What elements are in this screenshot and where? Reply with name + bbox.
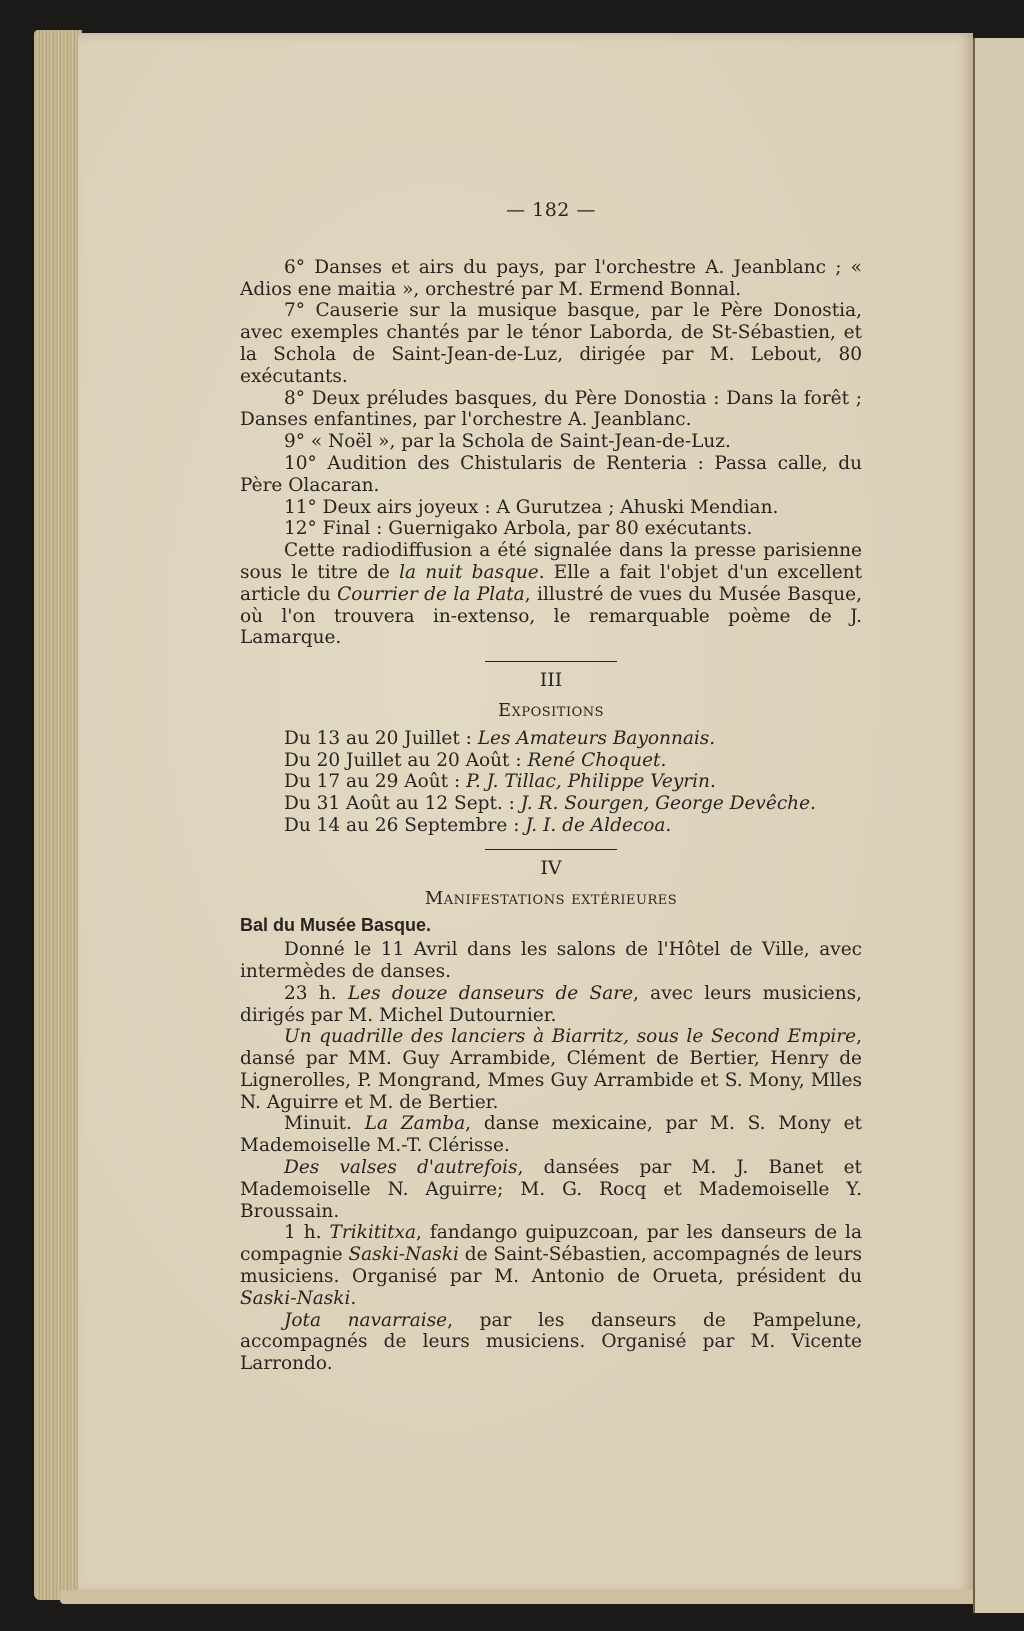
exhibit-item: Du 14 au 26 Septembre : J. I. de Aldecoa… [240, 815, 862, 837]
exhibit-dates: Du 13 au 20 Juillet : [284, 728, 478, 749]
facing-page-edge [973, 38, 1024, 1613]
page-number: — 182 — [240, 200, 862, 222]
text-run: Minuit. [284, 1113, 365, 1134]
exhibit-item: Du 13 au 20 Juillet : Les Amateurs Bayon… [240, 728, 862, 750]
page-text: — 182 — 6° Danses et airs du pays, par l… [240, 200, 862, 1375]
section-divider [485, 849, 617, 850]
italic-title: Courrier de la Plata [337, 584, 525, 605]
exhibit-artist: Les Amateurs Bayonnais. [478, 728, 715, 749]
bal-paragraph-4: Minuit. La Zamba, danse mexicaine, par M… [240, 1113, 862, 1157]
radio-note-paragraph: Cette radiodiffusion a été signalée dans… [240, 540, 862, 649]
exhibit-item: Du 31 Août au 12 Sept. : J. R. Sourgen, … [240, 793, 862, 815]
italic-title: la nuit basque [399, 562, 539, 583]
exhibit-item: Du 17 au 29 Août : P. J. Tillac, Philipp… [240, 771, 862, 793]
bal-paragraph-2: 23 h. Les douze danseurs de Sare, avec l… [240, 983, 862, 1027]
program-item-10: 10° Audition des Chistularis de Renteria… [240, 453, 862, 497]
italic-title: Trikititxa [330, 1222, 416, 1243]
italic-title: Des valses d'autrefois [284, 1157, 518, 1178]
subheading-bal: Bal du Musée Basque. [240, 915, 862, 937]
italic-title: La Zamba [365, 1113, 465, 1134]
exhibit-item: Du 20 Juillet au 20 Août : René Choquet. [240, 750, 862, 772]
bal-paragraph-7: Jota navarraise, par les danseurs de Pam… [240, 1310, 862, 1375]
page-bottom-edge [60, 1590, 980, 1604]
bal-paragraph-1: Donné le 11 Avril dans les salons de l'H… [240, 939, 862, 983]
section-title-manifestations: Manifestations extérieures [240, 888, 862, 910]
program-item-6: 6° Danses et airs du pays, par l'orchest… [240, 257, 862, 301]
bal-paragraph-3: Un quadrille des lanciers à Biarritz, so… [240, 1026, 862, 1113]
exhibit-artist: René Choquet. [527, 750, 666, 771]
section-number-iii: III [240, 670, 862, 692]
italic-title: Saski-Naski [240, 1288, 350, 1309]
exhibit-artist: J. R. Sourgen, George Devêche. [521, 793, 816, 814]
italic-title: Saski-Naski [348, 1244, 458, 1265]
exhibit-artist: P. J. Tillac, Philippe Veyrin. [466, 771, 716, 792]
program-item-7: 7° Causerie sur la musique basque, par l… [240, 300, 862, 387]
text-run: 1 h. [284, 1222, 330, 1243]
italic-title: Un quadrille des lanciers à Biarritz, so… [284, 1026, 856, 1047]
section-divider [485, 661, 617, 662]
program-item-9: 9° « Noël », par la Schola de Saint-Jean… [240, 431, 862, 453]
text-run: 23 h. [284, 983, 348, 1004]
page-stack-edges [34, 30, 82, 1600]
bal-paragraph-5: Des valses d'autrefois, dansées par M. J… [240, 1157, 862, 1222]
exhibit-dates: Du 20 Juillet au 20 Août : [284, 750, 527, 771]
exhibit-dates: Du 17 au 29 Août : [284, 771, 466, 792]
exhibit-dates: Du 31 Août au 12 Sept. : [284, 793, 521, 814]
italic-title: Les douze danseurs de Sare [348, 983, 633, 1004]
bal-paragraph-6: 1 h. Trikititxa, fandango guipuzcoan, pa… [240, 1222, 862, 1309]
section-title-expositions: Expositions [240, 700, 862, 722]
program-item-12: 12° Final : Guernigako Arbola, par 80 ex… [240, 518, 862, 540]
exhibit-dates: Du 14 au 26 Septembre : [284, 815, 525, 836]
text-run: . [350, 1288, 356, 1309]
italic-title: Jota navarraise [284, 1310, 447, 1331]
exhibit-artist: J. I. de Aldecoa. [525, 815, 671, 836]
program-item-8: 8° Deux préludes basques, du Père Donost… [240, 388, 862, 432]
program-item-11: 11° Deux airs joyeux : A Gurutzea ; Ahus… [240, 497, 862, 519]
section-number-iv: IV [240, 858, 862, 880]
